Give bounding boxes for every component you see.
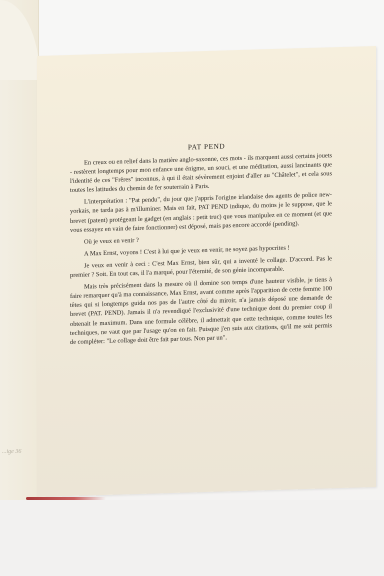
page-body: En creux ou en relief dans la matière an… bbox=[70, 151, 332, 347]
paragraph: Mais très précisément dans la mesure où … bbox=[70, 275, 332, 346]
left-page-number: ...ige 36 bbox=[2, 449, 21, 455]
paragraph: L'interprétation : "Pat pendu", du jour … bbox=[70, 191, 332, 235]
table-surface bbox=[0, 500, 384, 576]
paragraph: En creux ou en relief dans la matière an… bbox=[70, 151, 332, 195]
right-page: PAT PEND En creux ou en relief dans la m… bbox=[37, 46, 376, 497]
